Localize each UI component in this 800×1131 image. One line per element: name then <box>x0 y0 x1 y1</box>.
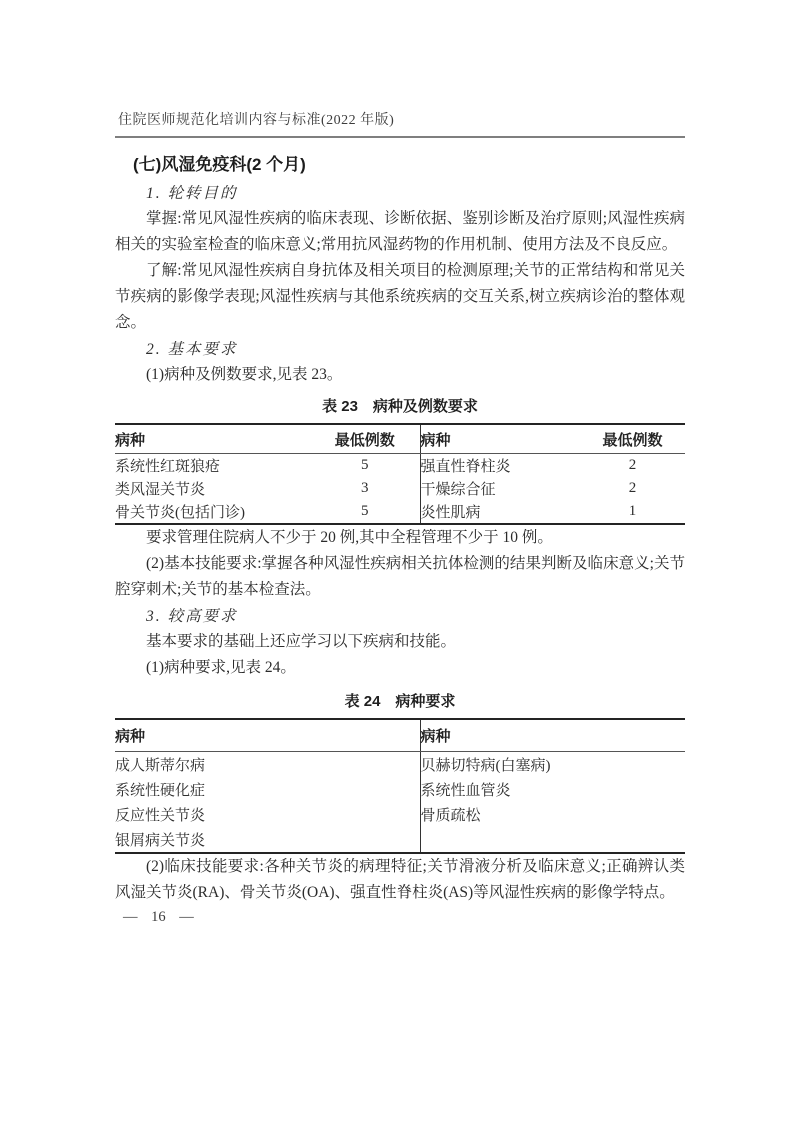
para-disease-requirement: (1)病种要求,见表 24。 <box>115 655 685 681</box>
table-cell: 成人斯蒂尔病 <box>115 752 420 778</box>
page-number: — 16 — <box>123 907 685 927</box>
table-cell: 系统性硬化症 <box>115 777 420 802</box>
table-row: 银屑病关节炎 <box>115 827 685 853</box>
table-cell: 系统性血管炎 <box>420 777 685 802</box>
table-row: 成人斯蒂尔病 贝赫切特病(白塞病) <box>115 752 685 778</box>
table-header-cell: 病种 <box>420 719 685 752</box>
table-cell: 2 <box>580 477 685 500</box>
table-header-row: 病种 最低例数 病种 最低例数 <box>115 424 685 454</box>
table-header-cell: 病种 <box>420 424 580 454</box>
table23-caption: 表 23 病种及例数要求 <box>115 396 685 418</box>
running-header: 住院医师规范化培训内容与标准(2022 年版) <box>118 112 685 129</box>
item-heading-basic-requirements: 2. 基本要求 <box>115 338 685 362</box>
table-cell: 5 <box>310 454 420 478</box>
table-row: 反应性关节炎 骨质疏松 <box>115 802 685 827</box>
table-cell: 贝赫切特病(白塞病) <box>420 752 685 778</box>
table-cell: 5 <box>310 500 420 524</box>
table-cell: 银屑病关节炎 <box>115 827 420 853</box>
table-cell: 骨质疏松 <box>420 802 685 827</box>
table-cell: 类风湿关节炎 <box>115 477 310 500</box>
table-cell: 1 <box>580 500 685 524</box>
table-cell <box>420 827 685 853</box>
section-title: (七)风湿免疫科(2 个月) <box>133 154 685 176</box>
table-header-row: 病种 病种 <box>115 719 685 752</box>
table-row: 系统性硬化症 系统性血管炎 <box>115 777 685 802</box>
table-header-cell: 病种 <box>115 424 310 454</box>
para-master: 掌握:常见风湿性疾病的临床表现、诊断依据、鉴别诊断及治疗原则;风湿性疾病相关的实… <box>115 206 685 258</box>
table-cell: 反应性关节炎 <box>115 802 420 827</box>
header-rule <box>115 136 685 138</box>
para-case-requirement: (1)病种及例数要求,见表 23。 <box>115 362 685 388</box>
para-basic-skill: (2)基本技能要求:掌握各种风湿性疾病相关抗体检测的结果判断及临床意义;关节腔穿… <box>115 551 685 603</box>
table-cell: 2 <box>580 454 685 478</box>
table-23-disease-case-requirements: 病种 最低例数 病种 最低例数 系统性红斑狼疮 5 强直性脊柱炎 2 类风湿关节… <box>115 423 685 525</box>
item-heading-advanced-requirements: 3. 较高要求 <box>115 605 685 629</box>
page-content: 住院医师规范化培训内容与标准(2022 年版) (七)风湿免疫科(2 个月) 1… <box>115 112 685 927</box>
table-header-cell: 病种 <box>115 719 420 752</box>
para-understand: 了解:常见风湿性疾病自身抗体及相关项目的检测原理;关节的正常结构和常见关节疾病的… <box>115 258 685 336</box>
table24-caption: 表 24 病种要求 <box>115 691 685 713</box>
table-header-cell: 最低例数 <box>310 424 420 454</box>
table-cell: 干燥综合征 <box>420 477 580 500</box>
table-24-disease-requirements: 病种 病种 成人斯蒂尔病 贝赫切特病(白塞病) 系统性硬化症 系统性血管炎 反应… <box>115 718 685 854</box>
para-clinical-skill: (2)临床技能要求:各种关节炎的病理特征;关节滑液分析及临床意义;正确辨认类风湿… <box>115 854 685 906</box>
table-row: 系统性红斑狼疮 5 强直性脊柱炎 2 <box>115 454 685 478</box>
para-patient-management: 要求管理住院病人不少于 20 例,其中全程管理不少于 10 例。 <box>115 525 685 551</box>
para-advanced-intro: 基本要求的基础上还应学习以下疾病和技能。 <box>115 629 685 655</box>
item-heading-rotation-purpose: 1. 轮转目的 <box>115 182 685 206</box>
table-header-cell: 最低例数 <box>580 424 685 454</box>
table-cell: 3 <box>310 477 420 500</box>
table-cell: 系统性红斑狼疮 <box>115 454 310 478</box>
table-cell: 强直性脊柱炎 <box>420 454 580 478</box>
table-cell: 骨关节炎(包括门诊) <box>115 500 310 524</box>
table-row: 类风湿关节炎 3 干燥综合征 2 <box>115 477 685 500</box>
table-cell: 炎性肌病 <box>420 500 580 524</box>
table-row: 骨关节炎(包括门诊) 5 炎性肌病 1 <box>115 500 685 524</box>
